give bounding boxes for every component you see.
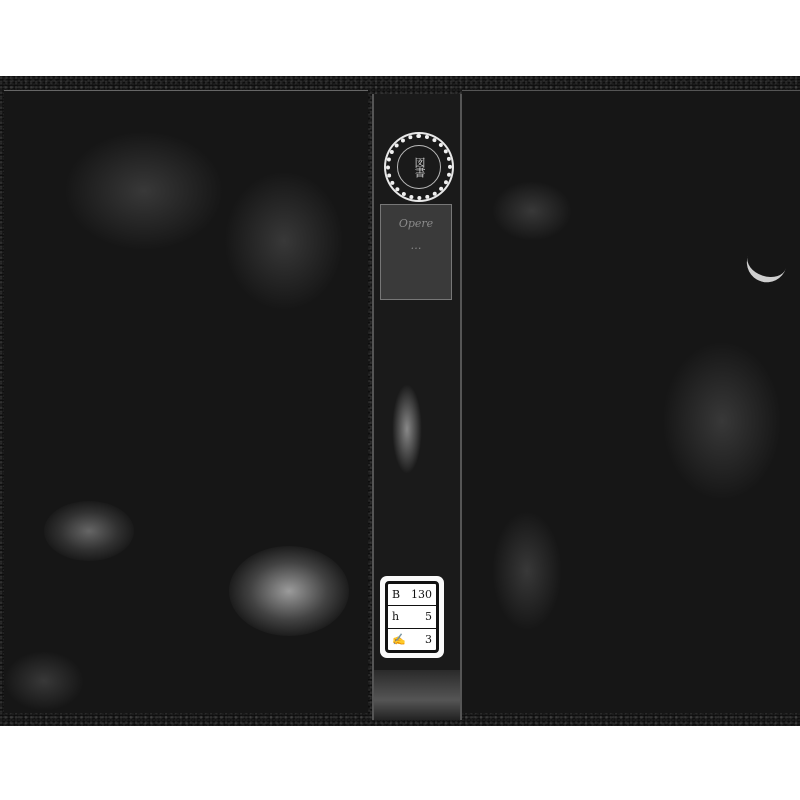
cover-haze <box>4 651 84 711</box>
shelf-row-right: 3 <box>425 633 432 646</box>
front-cover <box>462 90 800 713</box>
shelf-mark-label: B 130 h 5 ✍ 3 <box>380 576 444 658</box>
cover-wear-patch <box>44 501 134 561</box>
cover-haze <box>64 131 224 251</box>
shelf-row-left: B <box>392 588 400 601</box>
spine-title-label: Opere … <box>380 204 452 300</box>
seal-glyphs: 図書 <box>397 145 441 189</box>
shelf-row: ✍ 3 <box>388 629 436 650</box>
cover-haze <box>492 181 572 241</box>
spine-title-line2: … <box>381 235 451 257</box>
cover-haze <box>492 511 562 631</box>
shelf-row-right: 5 <box>425 610 432 623</box>
library-stamp-icon: 図書 <box>386 134 452 200</box>
book-spine: 図書 Opere … B 130 h 5 ✍ 3 <box>372 94 462 720</box>
spine-wear-patch <box>392 384 422 474</box>
shelf-row: h 5 <box>388 606 436 628</box>
shelf-row-right: 130 <box>411 588 432 601</box>
cover-haze <box>224 171 344 311</box>
cover-wear-patch <box>229 546 349 636</box>
shelf-row: B 130 <box>388 584 436 606</box>
shelf-row-left: ✍ <box>392 633 406 646</box>
spine-title-line1: Opere <box>381 213 451 235</box>
spine-foot <box>374 670 460 720</box>
back-cover <box>4 90 368 713</box>
cover-haze <box>662 341 782 501</box>
shelf-row-left: h <box>392 610 399 623</box>
book-scan: 図書 Opere … B 130 h 5 ✍ 3 <box>0 76 800 726</box>
